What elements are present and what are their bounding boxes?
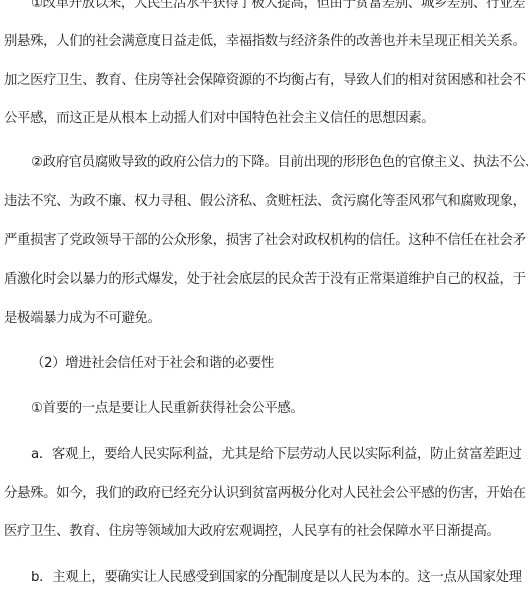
paragraph-line: ①改革开放以来，人民生活水平获得了极大提高，但由于贫富差别、城乡差别、行业差 xyxy=(31,0,526,14)
paragraph-line: 盾激化时会以暴力的形式爆发，处于社会底层的民众苦于没有正常渠道维护自己的权益，于 xyxy=(4,270,526,290)
section-heading: （2）增进社会信任对于社会和谐的必要性 xyxy=(31,354,526,374)
paragraph-line: b．主观上，要确实让人民感受到国家的分配制度是以人民为本的。这一点从国家处理 xyxy=(31,568,526,588)
paragraph-line: 违法不究、为政不廉、权力寻租、假公济私、贪赃枉法、贪污腐化等歪风邪气和腐败现象， xyxy=(4,192,526,212)
paragraph-line: 严重损害了党政领导干部的公众形象，损害了社会对政权机构的信任。这种不信任在社会矛 xyxy=(4,231,526,251)
paragraph-line: ①首要的一点是要让人民重新获得社会公平感。 xyxy=(31,399,526,419)
paragraph-line: 是极端暴力成为不可避免。 xyxy=(4,309,526,329)
paragraph-line: 医疗卫生、教育、住房等领域加大政府宏观调控，人民享有的社会保障水平日渐提高。 xyxy=(4,522,526,542)
paragraph-line: 别悬殊，人们的社会满意度日益走低，幸福指数与经济条件的改善也并未呈现正相关关系。 xyxy=(4,32,526,52)
paragraph-line: a．客观上，要给人民实际利益，尤其是给下层劳动人民以实际利益，防止贫富差距过 xyxy=(31,445,526,465)
paragraph-line: 加之医疗卫生、教育、住房等社会保障资源的不均衡占有，导致人们的相对贫困感和社会不 xyxy=(4,71,526,91)
paragraph-line: ②政府官员腐败导致的政府公信力的下降。目前出现的形形色色的官僚主义、执法不公、 xyxy=(31,153,526,173)
paragraph-line: 分悬殊。如今，我们的政府已经充分认识到贫富两极分化对人民社会公平感的伤害，开始在 xyxy=(4,484,526,504)
paragraph-line: 公平感，而这正是从根本上动摇人们对中国特色社会主义信任的思想因素。 xyxy=(4,109,526,129)
